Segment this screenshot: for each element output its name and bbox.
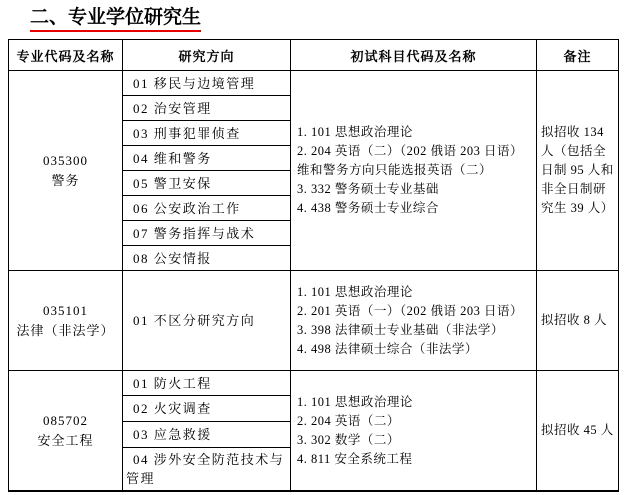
- exam-subjects-cell: 1. 101 思想政治理论 2. 204 英语（二） 3. 302 数学（二） …: [291, 371, 537, 492]
- research-direction-cell: 02 治安管理: [123, 96, 291, 121]
- exam-line: 3. 302 数学（二）: [297, 431, 534, 450]
- major-name: 警务: [10, 171, 121, 191]
- exam-line: 2. 204 英语（二）（202 俄语 203 日语）: [297, 142, 534, 161]
- major-code-cell: 085702 安全工程: [9, 371, 123, 492]
- page-title: 二、专业学位研究生: [30, 7, 201, 32]
- col-header-research-direction: 研究方向: [123, 40, 291, 71]
- major-code-cell: 035300 警务: [9, 71, 123, 271]
- research-direction-cell: 01 不区分研究方向: [123, 271, 291, 371]
- research-direction-cell: 03 应急救援: [123, 422, 291, 448]
- major-code: 035300: [10, 151, 121, 171]
- research-direction-cell: 05 警卫安保: [123, 171, 291, 196]
- exam-subjects-cell: 1. 101 思想政治理论 2. 201 英语（一）（202 俄语 203 日语…: [291, 271, 537, 371]
- research-direction-cell: 03 刑事犯罪侦查: [123, 121, 291, 146]
- admissions-table: 专业代码及名称 研究方向 初试科目代码及名称 备注 035300 警务 01 移…: [8, 39, 619, 492]
- research-direction-cell: 01 移民与边境管理: [123, 71, 291, 96]
- research-direction-cell: 08 公安情报: [123, 246, 291, 271]
- table-row: 035101 法律（非法学） 01 不区分研究方向 1. 101 思想政治理论 …: [9, 271, 619, 371]
- exam-line: 2. 201 英语（一）（202 俄语 203 日语）: [297, 302, 534, 321]
- col-header-exam-subjects: 初试科目代码及名称: [291, 40, 537, 71]
- exam-line: 4. 438 警务硕士专业综合: [297, 199, 534, 218]
- table-row: 085702 安全工程 01 防火工程 1. 101 思想政治理论 2. 204…: [9, 371, 619, 396]
- exam-line: 维和警务方向只能选报英语（二）: [297, 161, 534, 180]
- exam-line: 2. 204 英语（二）: [297, 412, 534, 431]
- research-direction-cell: 07 警务指挥与战术: [123, 221, 291, 246]
- exam-line: 1. 101 思想政治理论: [297, 393, 534, 412]
- major-code: 085702: [10, 411, 121, 431]
- exam-line: 4. 498 法律硕士综合（非法学）: [297, 340, 534, 359]
- exam-line: 1. 101 思想政治理论: [297, 283, 534, 302]
- remark-cell: 拟招收 8 人: [537, 271, 619, 371]
- remark-cell: 拟招收 134 人（包括全日制 95 人和非全日制研究生 39 人）: [537, 71, 619, 271]
- header-row: 专业代码及名称 研究方向 初试科目代码及名称 备注: [9, 40, 619, 71]
- research-direction-cell: 04 维和警务: [123, 146, 291, 171]
- exam-line: 3. 332 警务硕士专业基础: [297, 180, 534, 199]
- major-name: 法律（非法学）: [10, 321, 121, 341]
- major-name: 安全工程: [10, 431, 121, 451]
- remark-cell: 拟招收 45 人: [537, 371, 619, 492]
- exam-line: 4. 811 安全系统工程: [297, 450, 534, 469]
- major-code: 035101: [10, 301, 121, 321]
- table-row: 035300 警务 01 移民与边境管理 1. 101 思想政治理论 2. 20…: [9, 71, 619, 96]
- research-direction-cell: 02 火灾调查: [123, 396, 291, 422]
- research-direction-cell: 06 公安政治工作: [123, 196, 291, 221]
- major-code-cell: 035101 法律（非法学）: [9, 271, 123, 371]
- col-header-remarks: 备注: [537, 40, 619, 71]
- exam-line: 3. 398 法律硕士专业基础（非法学）: [297, 321, 534, 340]
- research-direction-cell: 01 防火工程: [123, 371, 291, 396]
- exam-line: 1. 101 思想政治理论: [297, 123, 534, 142]
- col-header-major-code: 专业代码及名称: [9, 40, 123, 71]
- title-block: 二、专业学位研究生: [30, 7, 625, 32]
- exam-subjects-cell: 1. 101 思想政治理论 2. 204 英语（二）（202 俄语 203 日语…: [291, 71, 537, 271]
- research-direction-cell: 04 涉外安全防范技术与管理: [123, 448, 291, 492]
